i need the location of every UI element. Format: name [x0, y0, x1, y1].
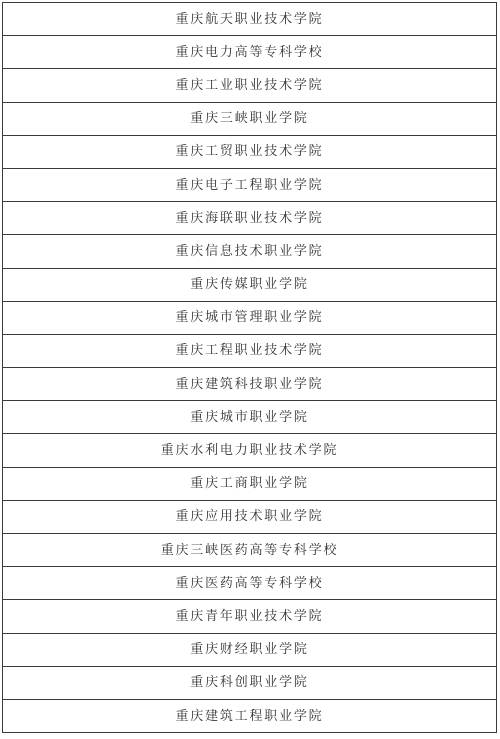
table-row: 重庆科创职业学院 — [3, 666, 497, 699]
school-name-cell: 重庆工程职业技术学院 — [3, 334, 497, 367]
school-list-table: 重庆航天职业技术学院 重庆电力高等专科学校 重庆工业职业技术学院 重庆三峡职业学… — [2, 2, 497, 733]
school-name-cell: 重庆工贸职业技术学院 — [3, 135, 497, 168]
table-row: 重庆电力高等专科学校 — [3, 36, 497, 69]
table-row: 重庆建筑科技职业学院 — [3, 368, 497, 401]
table-row: 重庆三峡职业学院 — [3, 102, 497, 135]
school-name-cell: 重庆信息技术职业学院 — [3, 235, 497, 268]
table-row: 重庆传媒职业学院 — [3, 268, 497, 301]
table-row: 重庆城市职业学院 — [3, 401, 497, 434]
school-name-cell: 重庆三峡职业学院 — [3, 102, 497, 135]
school-name-cell: 重庆三峡医药高等专科学校 — [3, 534, 497, 567]
table-row: 重庆医药高等专科学校 — [3, 567, 497, 600]
school-name-cell: 重庆财经职业学院 — [3, 633, 497, 666]
table-row: 重庆工贸职业技术学院 — [3, 135, 497, 168]
table-row: 重庆信息技术职业学院 — [3, 235, 497, 268]
table-row: 重庆电子工程职业学院 — [3, 168, 497, 201]
school-name-cell: 重庆青年职业技术学院 — [3, 600, 497, 633]
school-name-cell: 重庆城市管理职业学院 — [3, 301, 497, 334]
school-list-body: 重庆航天职业技术学院 重庆电力高等专科学校 重庆工业职业技术学院 重庆三峡职业学… — [3, 3, 497, 733]
table-row: 重庆三峡医药高等专科学校 — [3, 534, 497, 567]
table-row: 重庆财经职业学院 — [3, 633, 497, 666]
school-name-cell: 重庆海联职业技术学院 — [3, 202, 497, 235]
school-name-cell: 重庆科创职业学院 — [3, 666, 497, 699]
school-name-cell: 重庆工业职业技术学院 — [3, 69, 497, 102]
school-name-cell: 重庆航天职业技术学院 — [3, 3, 497, 36]
table-row: 重庆水利电力职业技术学院 — [3, 434, 497, 467]
table-row: 重庆工业职业技术学院 — [3, 69, 497, 102]
table-row: 重庆城市管理职业学院 — [3, 301, 497, 334]
school-name-cell: 重庆城市职业学院 — [3, 401, 497, 434]
school-name-cell: 重庆电子工程职业学院 — [3, 168, 497, 201]
school-name-cell: 重庆工商职业学院 — [3, 467, 497, 500]
school-name-cell: 重庆电力高等专科学校 — [3, 36, 497, 69]
school-list-table-container: 重庆航天职业技术学院 重庆电力高等专科学校 重庆工业职业技术学院 重庆三峡职业学… — [2, 2, 497, 733]
table-row: 重庆航天职业技术学院 — [3, 3, 497, 36]
table-row: 重庆工程职业技术学院 — [3, 334, 497, 367]
school-name-cell: 重庆建筑科技职业学院 — [3, 368, 497, 401]
school-name-cell: 重庆应用技术职业学院 — [3, 500, 497, 533]
school-name-cell: 重庆建筑工程职业学院 — [3, 699, 497, 732]
table-row: 重庆海联职业技术学院 — [3, 202, 497, 235]
table-row: 重庆工商职业学院 — [3, 467, 497, 500]
school-name-cell: 重庆医药高等专科学校 — [3, 567, 497, 600]
school-name-cell: 重庆水利电力职业技术学院 — [3, 434, 497, 467]
school-name-cell: 重庆传媒职业学院 — [3, 268, 497, 301]
table-row: 重庆建筑工程职业学院 — [3, 699, 497, 732]
table-row: 重庆应用技术职业学院 — [3, 500, 497, 533]
table-row: 重庆青年职业技术学院 — [3, 600, 497, 633]
